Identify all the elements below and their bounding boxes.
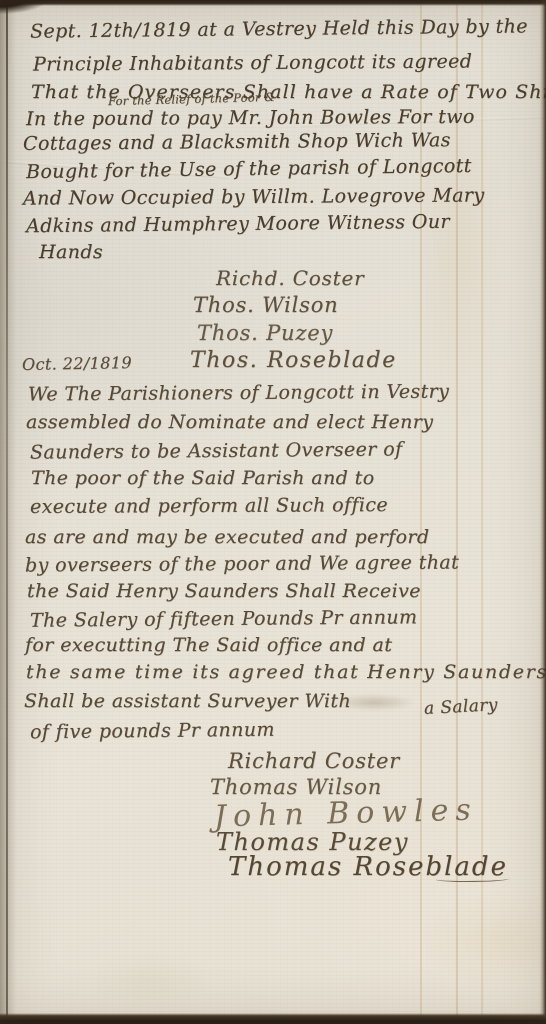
page-gutter-shadow	[0, 0, 16, 1024]
manuscript-line: And Now Occupied by Willm. Lovegrove Mar…	[23, 184, 485, 209]
manuscript-line: In the pound to pay Mr. John Bowles For …	[26, 106, 475, 130]
manuscript-line: of five pounds Pr annum	[30, 719, 275, 744]
signature: Thos. Roseblade	[190, 348, 397, 373]
manuscript-line-tail: a Salary	[424, 695, 499, 719]
manuscript-line: The poor of the Said Parish and to	[31, 467, 375, 489]
manuscript-line: execute and perform all Such office	[30, 494, 388, 518]
manuscript-line: by overseers of the poor and We agree th…	[25, 551, 459, 576]
manuscript-line: the same time its agreed that Henry Saun…	[26, 661, 546, 683]
manuscript-line: for executting The Said office and at	[25, 634, 392, 656]
manuscript-line: Bought for the Use of the parish of Long…	[26, 155, 472, 183]
manuscript-line: The Salery of fifteen Pounds Pr annum	[30, 606, 418, 631]
manuscript-line: assembled do Nominate and elect Henry	[26, 411, 433, 433]
manuscript-line: Saunders to be Assistant Overseer of	[30, 438, 403, 463]
page-edge-top	[0, 0, 546, 6]
page-edge-top-corner	[0, 0, 46, 14]
manuscript-page: Sept. 12th/1819 at a Vestrey Held this D…	[0, 0, 546, 1024]
page-edge-left	[6, 0, 8, 1024]
signature: Thos. Puzey	[197, 321, 333, 345]
manuscript-line: We The Parishioners of Longcott in Vestr…	[28, 381, 449, 406]
manuscript-line: Adkins and Humphrey Moore Witness Our	[26, 211, 450, 237]
manuscript-line: Principle Inhabitants of Longcott its ag…	[33, 50, 472, 75]
manuscript-line: Cottages and a Blacksmith Shop Wich Was	[23, 129, 451, 155]
page-edge-bottom	[0, 1013, 546, 1024]
manuscript-line: as are and may be executed and perford	[25, 526, 429, 548]
signature: Richard Coster	[228, 749, 400, 773]
margin-date: Oct. 22/1819	[22, 353, 132, 374]
interlinear-insertion: For the Relief of the Poor &	[108, 90, 275, 108]
erased-word-smudge	[332, 694, 416, 711]
signature: Thos. Wilson	[193, 293, 339, 317]
manuscript-line: Sept. 12th/1819 at a Vestrey Held this D…	[30, 15, 528, 42]
manuscript-line: Hands	[39, 241, 103, 263]
page-edge-right	[540, 0, 546, 1024]
manuscript-line: the Said Henry Saunders Shall Receive	[27, 580, 421, 602]
signature: Richd. Coster	[216, 266, 365, 290]
manuscript-line: Shall be assistant Surveyer With	[24, 690, 351, 712]
